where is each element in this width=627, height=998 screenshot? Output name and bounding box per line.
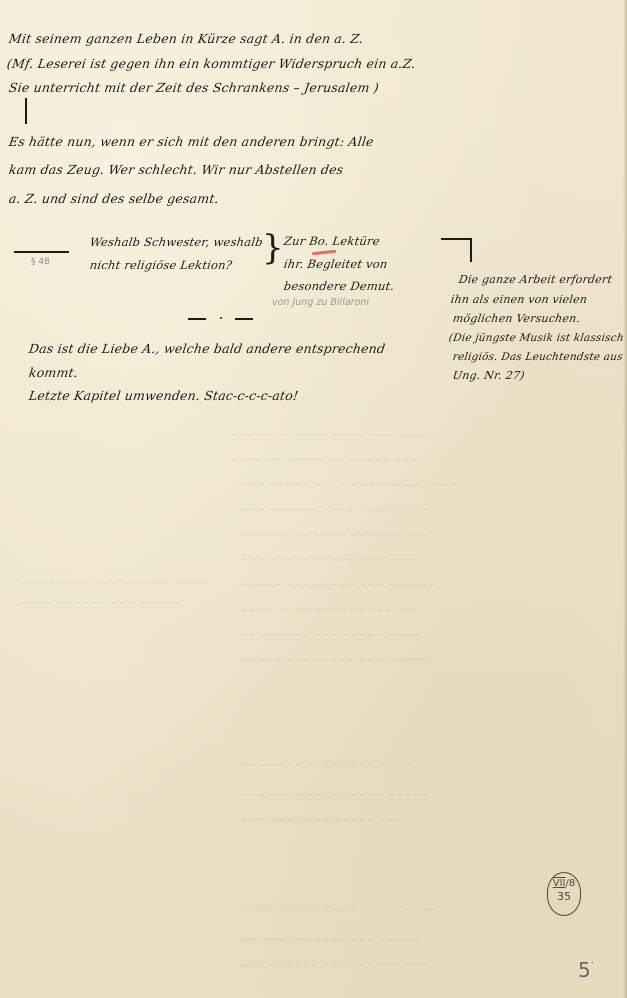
stamp-top-row: VII/8 [548,878,580,890]
handwritten-line: Mit seinem ganzen Leben in Kürze sagt A.… [8,31,364,46]
bleed-through-line: ~~~~ ~~~ ~~~~~ ~~~~~ ~~~ [240,555,420,566]
handwritten-line: kommt. [28,365,79,380]
pencil-section-reference: § 48 [31,257,50,267]
margin-bracket-top [441,238,471,240]
bleed-through-line: ~~~~~ ~~~ ~~~~ ~~~~~~ ~~~ [240,505,429,516]
bleed-through-line: ~~~~ ~~ ~~~~~~ ~~~~ ~~~~~ ~~~ [240,480,457,491]
handwritten-line: Weshalb Schwester, weshalb [89,235,264,249]
bleed-through-line: ~~~~~ ~~~ ~~~~ ~~~~ ~~~~~ [240,655,429,666]
bleed-through-line: ~~~~ ~~~~~~ ~~~ ~~~~~ ~~~ [20,578,209,589]
red-underline-mark [312,250,336,255]
handwritten-line: besondere Demut. [283,279,395,293]
separator-dot [220,317,222,319]
handwritten-line: ihr. Begleitet von [283,257,389,271]
bleed-through-line: ~~~ ~~~~~ ~~~~ ~~~~~~ ~~~ [240,960,429,971]
bleed-through-line: ——— ~~~ ~~~~ ~~~~ ~~ ~~~~~ [230,430,427,441]
handwritten-line: Sie unterricht mit der Zeit des Schranke… [8,80,380,95]
vertical-insertion-mark [25,98,27,124]
dash-marker [14,251,69,253]
bleed-through-line: ~~~~~ ~~~ ~~~~~~ ~~~~ ~~ [240,935,420,946]
separator-dash-left [188,318,206,320]
handwritten-line: a. Z. und sind des selbe gesamt. [8,191,220,206]
margin-note-line: ihn als einen von vielen [450,293,588,306]
margin-note-line: möglichen Versuchen. [452,312,581,325]
handwritten-line: nicht religiöse Lektion? [89,258,233,272]
bleed-through-line: ~~~~~~ ~~~ ~~~~ ~~~~ ~~~~~ [240,580,437,591]
page-number-value: 5 [578,958,591,982]
margin-note-line: Die ganze Arbeit erfordert [458,273,613,286]
bleed-through-line: ~~~ ~~~~~ ~~~~~~ ~~ ~~~~ [240,605,420,616]
bleed-through-line: ~~~ ~~~~~ ~~~ ~~~~ ~~~ [240,815,404,826]
archive-stamp: VII/8 35 [547,872,581,916]
bleed-through-line: ~~~~ ~~~ ~~~~~ ~~~~~ ~~ [240,760,412,771]
handwritten-line: Das ist die Liebe A., welche bald andere… [28,341,386,356]
stamp-roman-numeral: VII [553,878,566,889]
bleed-through-line: ~~~ ~~~~~~ ~~~~ ~~ ~~~~~~ [240,530,429,541]
stamp-top-number: 8 [569,878,575,889]
bleed-through-line: ~~~~ ~~~~~~ ~~~ ~~~~~ ~~~~ [240,905,437,916]
handwritten-line: Zur Bo. Lektüre [283,234,381,248]
separator-dash-right [235,318,253,320]
paper-edge-shadow [623,0,627,998]
page-number-dot: · [591,958,594,969]
margin-note-line: Ung. Nr. 27) [452,369,526,382]
bleed-through-line: ~~~~ ~~~~~ ~~~ ~~~~~~ ~~ [240,630,420,641]
stamp-bottom-number: 35 [548,890,580,903]
margin-note-line: religiös. Das Leuchtendste aus [452,351,624,363]
bleed-through-line: ~~~~~ ~~~~ ~~~~~~ ~~~ ~~~ [240,790,429,801]
margin-bracket-side [470,238,472,262]
bleed-through-line: ~~~~~ ~~~ ~~~~~~ ~~~~ [20,598,180,609]
margin-note-line: (Die jüngste Musik ist klassisch ü [448,332,627,344]
handwritten-line: (Mf. Leserei ist gegen ihn ein kommtiger… [6,56,417,71]
pencil-annotation: von Jung zu Billaroni [272,297,369,308]
curly-brace: } [262,231,284,265]
page-number: 5· [578,958,594,982]
handwritten-line: kam das Zeug. Wer schlecht. Wir nur Abst… [8,162,344,177]
handwritten-line: Es hätte nun, wenn er sich mit den ander… [8,134,375,149]
bleed-through-line: ~~~ ~~~~~ ~~ ~~~~~ ~~~~~~ [230,455,419,466]
manuscript-page: ——— ~~~ ~~~~ ~~~~ ~~ ~~~~~ ~~~ ~~~~~ ~~ … [0,0,627,998]
handwritten-line: Letzte Kapitel umwenden. Stac-c-c-c-ato! [28,388,299,403]
